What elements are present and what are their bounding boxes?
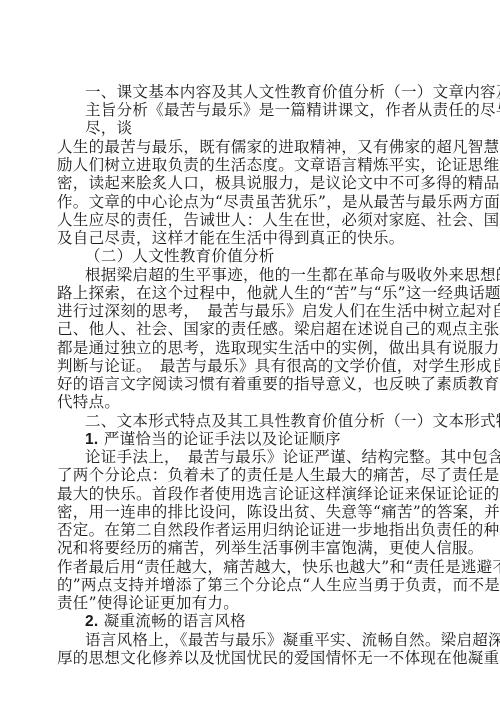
line-text: 的”两点支持并增添了第三个分论点“人生应当勇于负责，而不是逃避 bbox=[57, 576, 500, 594]
line-text: 语言风格上，《最苦与最乐》凝重平实、流畅自然。梁启超深 bbox=[85, 631, 500, 649]
text-line: （二）人文性教育价值分析 bbox=[85, 247, 275, 265]
text-line: 代特点。 bbox=[57, 393, 120, 411]
text-line: 作者最后用“责任越大，痛苦越大，快乐也越大”和“责任是逃避不了 bbox=[57, 558, 500, 576]
line-text: 判断与论证。 最苦与最乐》具有很高的文学价值，对学生形成良 bbox=[57, 357, 500, 375]
text-line: 的”两点支持并增添了第三个分论点“人生应当勇于负责，而不是逃避 bbox=[57, 576, 500, 594]
text-line: 根据梁启超的生平事迹，他的一生都在革命与吸收外来思想的道 bbox=[85, 266, 500, 284]
line-text: 路上探索，在这个过程中，他就人生的“苦”与“乐”这一经典话题 bbox=[57, 284, 500, 302]
text-line: 励人们树立进取负责的生活态度。文章语言精炼平实，论证思维严 bbox=[57, 156, 500, 174]
line-text: 况和将要经历的痛苦，列举生活事例丰富饱满，更使人信服。 bbox=[57, 539, 484, 557]
line-text: 严谨恰当的论证手法以及论证顺序 bbox=[99, 430, 341, 448]
line-text: 作。文章的中心论点为“尽责虽苦犹乐”，是从最苦与最乐两方面来谈 bbox=[57, 193, 500, 211]
line-text: 进行过深刻的思考， 最苦与最乐》启发人们在生活中树立起对自 bbox=[57, 302, 500, 320]
document-page: 一、课文基本内容及其人文性教育价值分析（一）文章内容及其主旨分析《最苦与最乐》是… bbox=[0, 0, 500, 707]
text-line: 2. 凝重流畅的语言风格 bbox=[85, 612, 246, 631]
text-line: 论证手法上， 最苦与最乐》论证严谨、结构完整。其中包含 bbox=[85, 448, 500, 466]
text-line: 语言风格上，《最苦与最乐》凝重平实、流畅自然。梁启超深 bbox=[85, 631, 500, 649]
line-text: 都是通过独立的思考，选取现实生活中的实例，做出具有说服力的 bbox=[57, 339, 500, 357]
line-text: 人生的最苦与最乐，既有儒家的进取精神，又有佛家的超凡智慧，鼓 bbox=[57, 138, 500, 156]
text-line: 一、课文基本内容及其人文性教育价值分析（一）文章内容及其 bbox=[85, 83, 500, 101]
text-line: 人生的最苦与最乐，既有儒家的进取精神，又有佛家的超凡智慧，鼓 bbox=[57, 138, 500, 156]
line-text: 否定。在第二自然段作者运用归纳论证进一步地指出负责任的种种情 bbox=[57, 521, 500, 539]
text-line: 最大的快乐。首段作者使用选言论证这样演绎论证来保证论证的严 bbox=[57, 485, 500, 503]
line-text: 一、课文基本内容及其人文性教育价值分析（一）文章内容及其 bbox=[85, 83, 500, 101]
line-text: 责任”使得论证更加有力。 bbox=[57, 594, 239, 612]
text-line: 尽，谈 bbox=[85, 119, 132, 137]
list-number: 1. bbox=[85, 431, 99, 448]
line-text: 厚的思想文化修养以及忧国忧民的爱国情怀无一不体现在他凝重自 bbox=[57, 649, 500, 667]
text-line: 了两个分论点：负着未了的责任是人生最大的痛苦，尽了责任是人生 bbox=[57, 466, 500, 484]
text-line: 1. 严谨恰当的论证手法以及论证顺序 bbox=[85, 430, 341, 449]
line-text: 尽，谈 bbox=[85, 119, 132, 137]
line-text: 二、文本形式特点及其工具性教育价值分析（一）文本形式特点 bbox=[85, 412, 500, 430]
line-text: 好的语言文字阅读习惯有着重要的指导意义，也反映了素质教育的时 bbox=[57, 375, 500, 393]
text-line: 密，用一连串的排比设问，陈设出贫、失意等“痛苦”的答案，并一一 bbox=[57, 503, 500, 521]
text-line: 判断与论证。 最苦与最乐》具有很高的文学价值，对学生形成良 bbox=[57, 357, 500, 375]
text-line: 己、他人、社会、国家的责任感。梁启超在述说自己的观点主张时， bbox=[57, 320, 500, 338]
text-line: 及自己尽责，这样才能在生活中得到真正的快乐。 bbox=[57, 229, 405, 247]
text-line: 二、文本形式特点及其工具性教育价值分析（一）文本形式特点 bbox=[85, 412, 500, 430]
line-text: 及自己尽责，这样才能在生活中得到真正的快乐。 bbox=[57, 229, 405, 247]
text-line: 进行过深刻的思考， 最苦与最乐》启发人们在生活中树立起对自 bbox=[57, 302, 500, 320]
line-text: 凝重流畅的语言风格 bbox=[99, 612, 246, 630]
line-text: 己、他人、社会、国家的责任感。梁启超在述说自己的观点主张时， bbox=[57, 320, 500, 338]
text-line: 人生应尽的责任，告诫世人：人生在世，必须对家庭、社会、国家以 bbox=[57, 211, 500, 229]
line-text: 密，读起来脍炙人口，极具说服力，是议论文中不可多得的精品之 bbox=[57, 174, 500, 192]
list-number: 2. bbox=[85, 613, 99, 630]
line-text: 人生应尽的责任，告诫世人：人生在世，必须对家庭、社会、国家以 bbox=[57, 211, 500, 229]
line-text: 励人们树立进取负责的生活态度。文章语言精炼平实，论证思维严 bbox=[57, 156, 500, 174]
line-text: 论证手法上， 最苦与最乐》论证严谨、结构完整。其中包含 bbox=[85, 448, 500, 466]
line-text: 密，用一连串的排比设问，陈设出贫、失意等“痛苦”的答案，并一一 bbox=[57, 503, 500, 521]
text-line: 厚的思想文化修养以及忧国忧民的爱国情怀无一不体现在他凝重自 bbox=[57, 649, 500, 667]
line-text: 根据梁启超的生平事迹，他的一生都在革命与吸收外来思想的道 bbox=[85, 266, 500, 284]
text-line: 作。文章的中心论点为“尽责虽苦犹乐”，是从最苦与最乐两方面来谈 bbox=[57, 193, 500, 211]
text-line: 否定。在第二自然段作者运用归纳论证进一步地指出负责任的种种情 bbox=[57, 521, 500, 539]
line-text: 作者最后用“责任越大，痛苦越大，快乐也越大”和“责任是逃避不了 bbox=[57, 558, 500, 576]
text-line: 主旨分析《最苦与最乐》是一篇精讲课文，作者从责任的尽与未 bbox=[85, 101, 500, 119]
line-text: 了两个分论点：负着未了的责任是人生最大的痛苦，尽了责任是人生 bbox=[57, 466, 500, 484]
text-line: 都是通过独立的思考，选取现实生活中的实例，做出具有说服力的 bbox=[57, 339, 500, 357]
line-text: 主旨分析《最苦与最乐》是一篇精讲课文，作者从责任的尽与未 bbox=[85, 101, 500, 119]
text-line: 责任”使得论证更加有力。 bbox=[57, 594, 239, 612]
line-text: 代特点。 bbox=[57, 393, 120, 411]
text-line: 路上探索，在这个过程中，他就人生的“苦”与“乐”这一经典话题 bbox=[57, 284, 500, 302]
text-line: 好的语言文字阅读习惯有着重要的指导意义，也反映了素质教育的时 bbox=[57, 375, 500, 393]
text-line: 密，读起来脍炙人口，极具说服力，是议论文中不可多得的精品之 bbox=[57, 174, 500, 192]
line-text: （二）人文性教育价值分析 bbox=[85, 247, 275, 265]
line-text: 最大的快乐。首段作者使用选言论证这样演绎论证来保证论证的严 bbox=[57, 485, 500, 503]
text-line: 况和将要经历的痛苦，列举生活事例丰富饱满，更使人信服。 bbox=[57, 539, 484, 557]
